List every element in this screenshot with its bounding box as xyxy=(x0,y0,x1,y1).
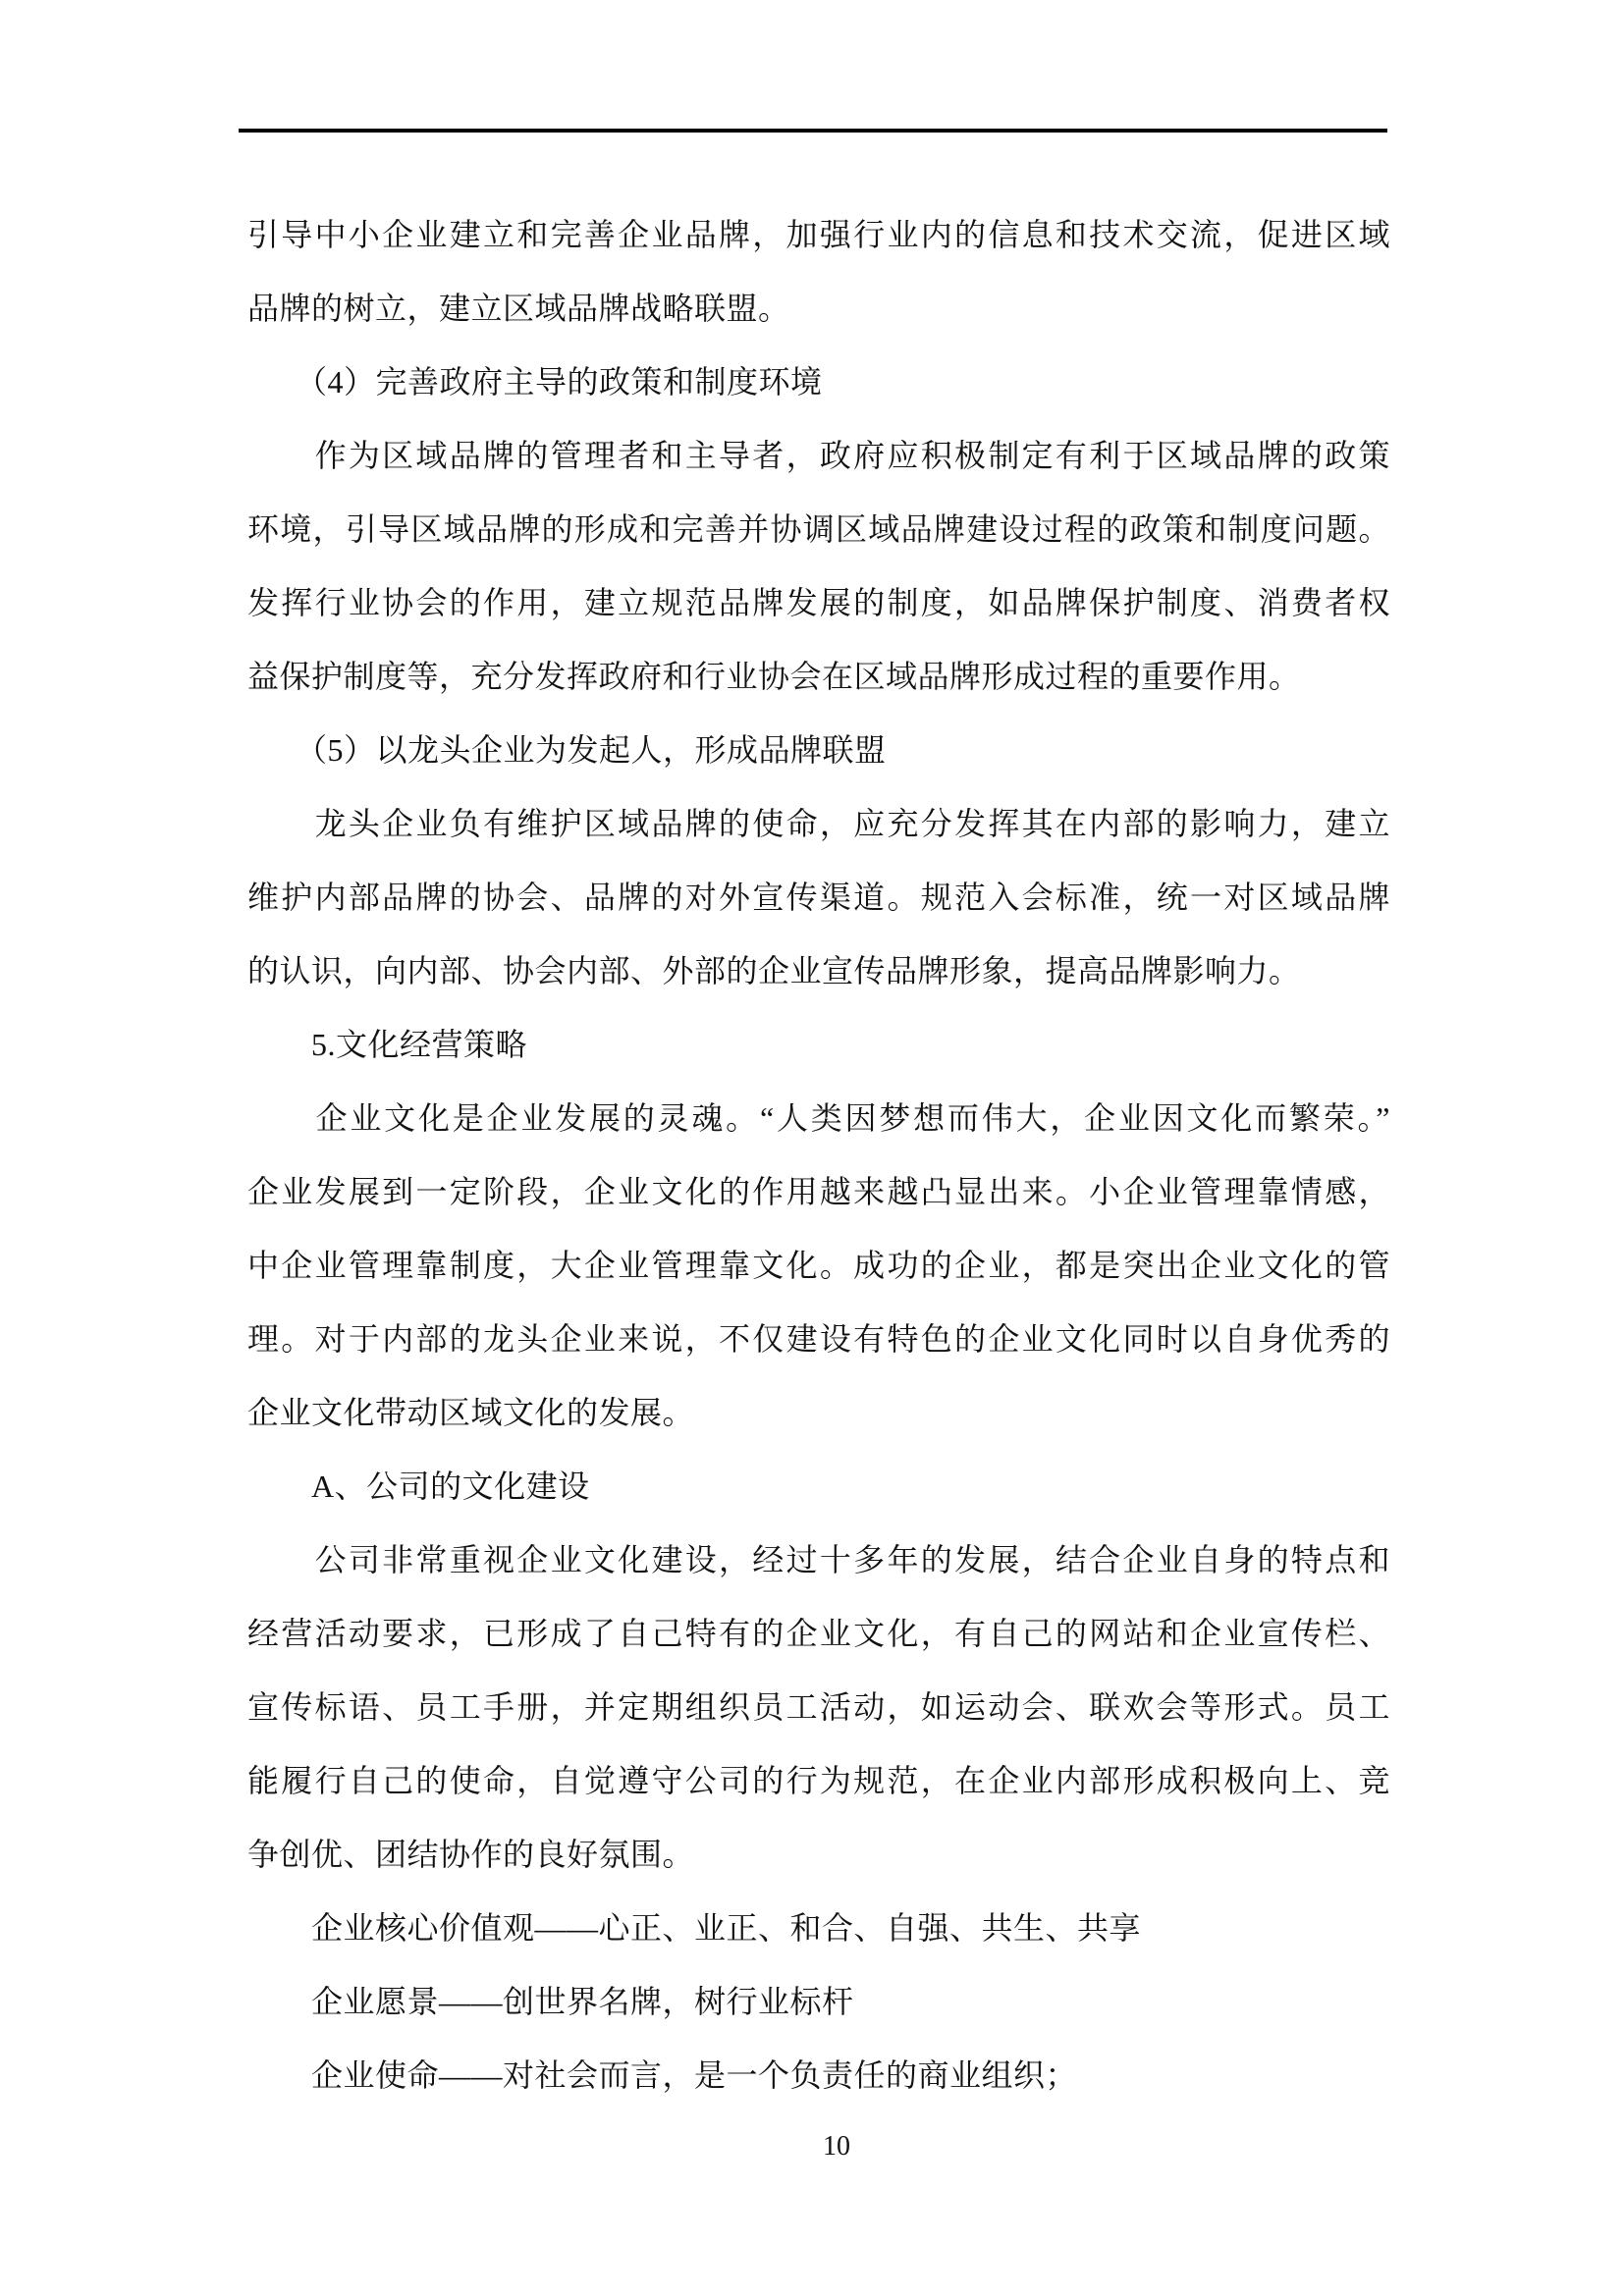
text-line: （4）完善政府主导的政策和制度环境 xyxy=(247,346,1390,419)
text-line: 能履行自己的使命，自觉遵守公司的行为规范，在企业内部形成积极向上、竞 xyxy=(247,1744,1390,1818)
text-line: 引导中小企业建立和完善企业品牌，加强行业内的信息和技术交流，促进区域 xyxy=(247,198,1390,272)
text-line: 企业愿景——创世界名牌，树行业标杆 xyxy=(247,1965,1390,2039)
text-line: 企业文化带动区域文化的发展。 xyxy=(247,1376,1390,1450)
header-rule xyxy=(239,129,1387,133)
document-page: 引导中小企业建立和完善企业品牌，加强行业内的信息和技术交流，促进区域 品牌的树立… xyxy=(0,0,1624,2296)
page-number: 10 xyxy=(823,2130,850,2163)
text-line: 品牌的树立，建立区域品牌战略联盟。 xyxy=(247,272,1390,346)
document-body: 引导中小企业建立和完善企业品牌，加强行业内的信息和技术交流，促进区域 品牌的树立… xyxy=(247,198,1390,2112)
text-line: 的认识，向内部、协会内部、外部的企业宣传品牌形象，提高品牌影响力。 xyxy=(247,934,1390,1008)
text-line: 宣传标语、员工手册，并定期组织员工活动，如运动会、联欢会等形式。员工 xyxy=(247,1671,1390,1744)
text-line: 企业使命——对社会而言，是一个负责任的商业组织； xyxy=(247,2039,1390,2112)
text-line: 企业发展到一定阶段，企业文化的作用越来越凸显出来。小企业管理靠情感， xyxy=(247,1155,1390,1229)
text-line: 环境，引导区域品牌的形成和完善并协调区域品牌建设过程的政策和制度问题。 xyxy=(247,493,1390,566)
text-line: 企业文化是企业发展的灵魂。“人类因梦想而伟大，企业因文化而繁荣。” xyxy=(247,1082,1390,1155)
text-line: （5）以龙头企业为发起人，形成品牌联盟 xyxy=(247,714,1390,787)
text-line: 企业核心价值观——心正、业正、和合、自强、共生、共享 xyxy=(247,1892,1390,1965)
text-line: 公司非常重视企业文化建设，经过十多年的发展，结合企业自身的特点和 xyxy=(247,1523,1390,1597)
text-line: 5.文化经营策略 xyxy=(247,1008,1390,1082)
text-line: 作为区域品牌的管理者和主导者，政府应积极制定有利于区域品牌的政策 xyxy=(247,419,1390,493)
text-line: 维护内部品牌的协会、品牌的对外宣传渠道。规范入会标准，统一对区域品牌 xyxy=(247,861,1390,934)
text-line: 经营活动要求，已形成了自己特有的企业文化，有自己的网站和企业宣传栏、 xyxy=(247,1597,1390,1671)
text-line: 发挥行业协会的作用，建立规范品牌发展的制度，如品牌保护制度、消费者权 xyxy=(247,566,1390,640)
text-line: 争创优、团结协作的良好氛围。 xyxy=(247,1818,1390,1892)
text-line: 益保护制度等，充分发挥政府和行业协会在区域品牌形成过程的重要作用。 xyxy=(247,640,1390,714)
text-line: 中企业管理靠制度，大企业管理靠文化。成功的企业，都是突出企业文化的管 xyxy=(247,1229,1390,1303)
text-line: 龙头企业负有维护区域品牌的使命，应充分发挥其在内部的影响力，建立 xyxy=(247,787,1390,861)
text-line: 理。对于内部的龙头企业来说，不仅建设有特色的企业文化同时以自身优秀的 xyxy=(247,1303,1390,1376)
text-line: A、公司的文化建设 xyxy=(247,1450,1390,1523)
